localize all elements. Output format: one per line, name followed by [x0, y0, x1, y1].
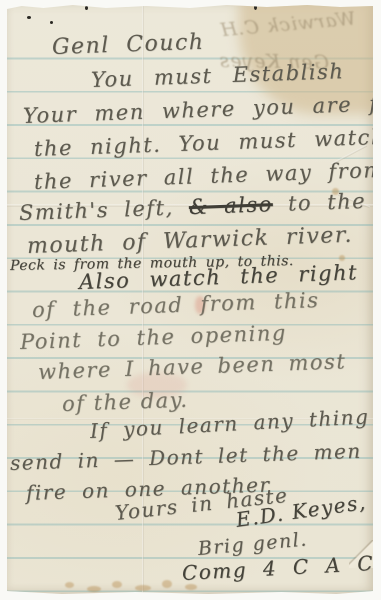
salutation-line: Genl Couch: [52, 30, 205, 60]
ink-speck: [254, 5, 257, 10]
foxing-spot: [112, 581, 122, 588]
ink-speck: [85, 6, 88, 10]
ink-speck: [50, 21, 53, 24]
foxing-spot: [65, 582, 74, 588]
ink-speck: [27, 16, 31, 19]
foxing-spot: [185, 584, 197, 590]
foxing-spot: [87, 586, 101, 592]
line-segment: to the: [272, 189, 366, 216]
letter-scan: Warwick C.H Gen Keyes Genl Couch You mus…: [0, 0, 381, 600]
foxing-spot: [135, 585, 151, 591]
foxing-spot: [162, 580, 172, 588]
letter-paper: Warwick C.H Gen Keyes Genl Couch You mus…: [7, 4, 373, 594]
letter-line: of the day.: [62, 388, 189, 416]
struck-out-words: & also: [188, 192, 273, 219]
